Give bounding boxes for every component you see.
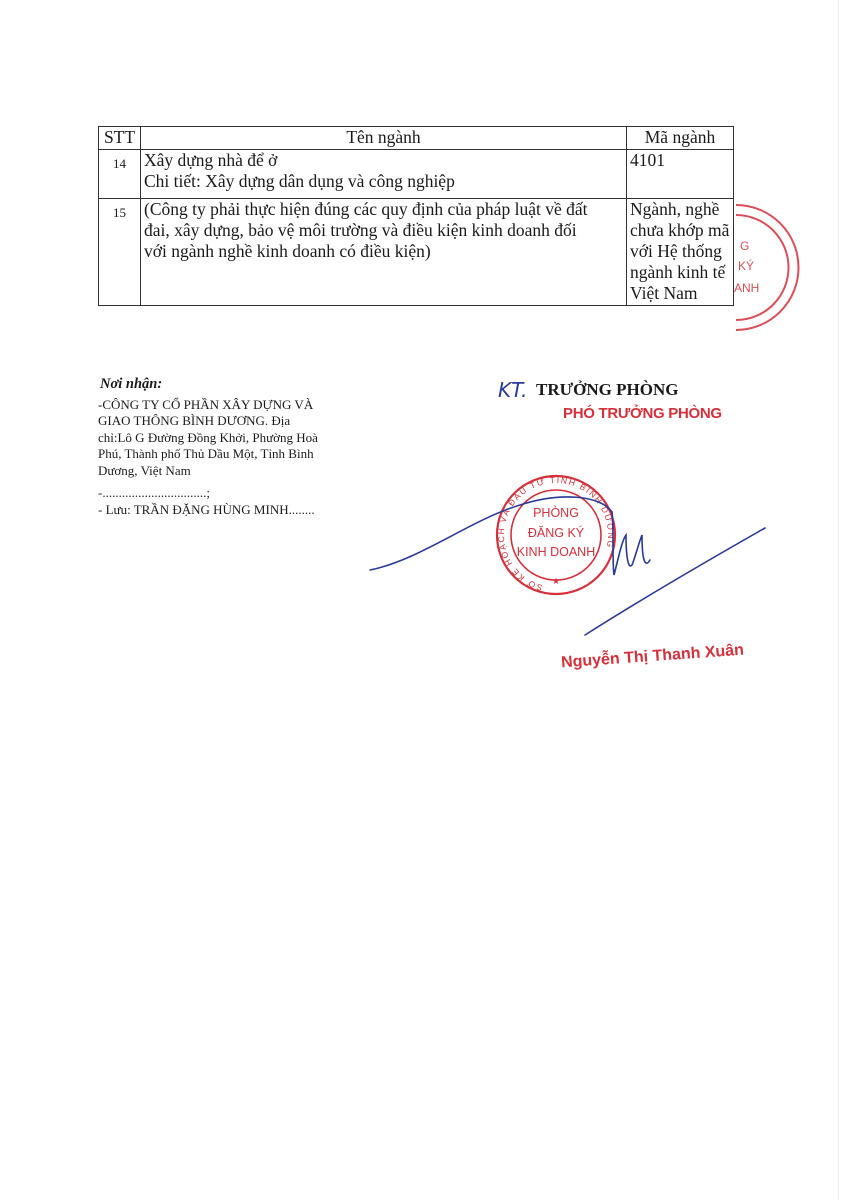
svg-text:ANH: ANH — [734, 281, 759, 295]
recipient-placeholder: -................................; — [98, 485, 378, 502]
name-line: (Công ty phải thực hiện đúng các quy địn… — [144, 199, 623, 220]
header-stt: STT — [99, 127, 141, 150]
header-name: Tên ngành — [141, 127, 627, 150]
name-line: với ngành nghề kinh doanh có điều kiện) — [144, 241, 623, 262]
recipient-line: GIAO THÔNG BÌNH DƯƠNG. Địa — [98, 413, 378, 430]
header-code: Mã ngành — [627, 127, 734, 150]
svg-text:★: ★ — [552, 576, 560, 586]
svg-text:SỞ KẾ HOẠCH VÀ ĐẦU TƯ TỈNH BÌN: SỞ KẾ HOẠCH VÀ ĐẦU TƯ TỈNH BÌNH DƯƠNG — [496, 474, 616, 593]
recipient-line: Phú, Thành phố Thủ Dầu Một, Tỉnh Bình — [98, 446, 378, 463]
recipients-title: Nơi nhận: — [100, 376, 378, 393]
head-title: TRƯỞNG PHÒNG — [536, 380, 678, 400]
svg-text:ĐĂNG KÝ: ĐĂNG KÝ — [528, 525, 585, 540]
deputy-title: PHÓ TRƯỞNG PHÒNG — [563, 405, 722, 422]
ki-handwritten-mark: KT. — [498, 378, 527, 402]
svg-text:PHÒNG: PHÒNG — [533, 505, 579, 520]
code-line: Việt Nam — [630, 283, 730, 304]
code-line: Ngành, nghề — [630, 199, 730, 220]
code-line: chưa khớp mã — [630, 220, 730, 241]
svg-text:KÝ: KÝ — [738, 258, 754, 273]
code-line: ngành kinh tế — [630, 262, 730, 283]
row-name: Xây dựng nhà để ở Chi tiết: Xây dựng dân… — [141, 150, 627, 199]
handwritten-signature-icon — [370, 497, 765, 635]
recipient-line: chỉ:Lô G Đường Đồng Khởi, Phường Hoà — [98, 430, 378, 447]
recipients-block: Nơi nhận: -CÔNG TY CỔ PHẦN XÂY DỰNG VÀ G… — [98, 376, 378, 518]
business-lines-table: STT Tên ngành Mã ngành 14 Xây dựng nhà đ… — [98, 126, 734, 306]
name-line: Chi tiết: Xây dựng dân dụng và công nghi… — [144, 171, 623, 192]
recipient-archive: - Lưu: TRẦN ĐẶNG HÙNG MINH........ — [98, 502, 378, 519]
signer-name: Nguyễn Thị Thanh Xuân — [561, 642, 745, 673]
page-edge — [838, 0, 839, 1200]
recipient-line: Dương, Việt Nam — [98, 463, 378, 480]
table-row: 14 Xây dựng nhà để ở Chi tiết: Xây dựng … — [99, 150, 734, 199]
table-row: 15 (Công ty phải thực hiện đúng các quy … — [99, 199, 734, 306]
recipient-line: -CÔNG TY CỔ PHẦN XÂY DỰNG VÀ — [98, 397, 378, 414]
document-page: STT Tên ngành Mã ngành 14 Xây dựng nhà đ… — [0, 0, 849, 1200]
recipient-company: -CÔNG TY CỔ PHẦN XÂY DỰNG VÀ GIAO THÔNG … — [98, 397, 378, 480]
code-line: với Hệ thống — [630, 241, 730, 262]
svg-text:KINH DOANH: KINH DOANH — [517, 545, 595, 559]
row-name: (Công ty phải thực hiện đúng các quy địn… — [141, 199, 627, 306]
svg-text:G: G — [740, 239, 749, 253]
row-stt: 15 — [99, 199, 141, 306]
official-stamp-icon: PHÒNG ĐĂNG KÝ KINH DOANH SỞ KẾ HOẠCH VÀ … — [496, 474, 616, 594]
row-stt: 14 — [99, 150, 141, 199]
row-code: Ngành, nghề chưa khớp mã với Hệ thống ng… — [627, 199, 734, 306]
row-code: 4101 — [627, 150, 734, 199]
partial-stamp-icon: G KÝ ANH — [734, 205, 799, 330]
name-line: đai, xây dựng, bảo vệ môi trường và điều… — [144, 220, 623, 241]
table-header-row: STT Tên ngành Mã ngành — [99, 127, 734, 150]
name-line: Xây dựng nhà để ở — [144, 150, 623, 171]
